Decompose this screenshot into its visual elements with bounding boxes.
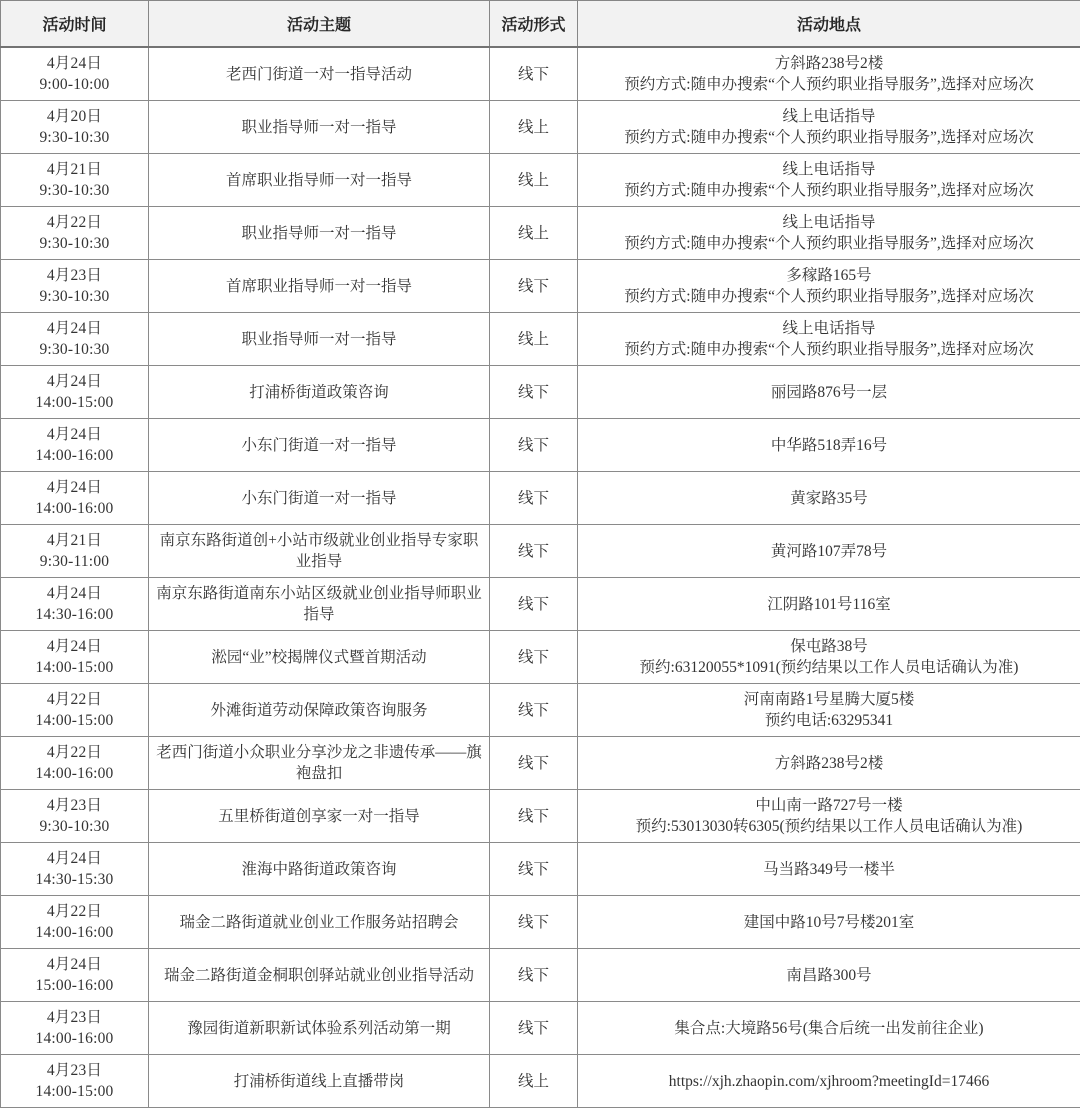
column-header-format: 活动形式 bbox=[490, 1, 578, 48]
table-row: 4月24日 9:30-10:30 职业指导师一对一指导 线上 线上电话指导 预约… bbox=[1, 313, 1080, 366]
cell-location: 中山南一路727号一楼 预约:53013030转6305(预约结果以工作人员电话… bbox=[578, 790, 1080, 843]
cell-theme: 瑞金二路街道金桐职创驿站就业创业指导活动 bbox=[149, 949, 490, 1002]
cell-time: 4月22日 9:30-10:30 bbox=[1, 207, 149, 260]
cell-theme: 瑞金二路街道就业创业工作服务站招聘会 bbox=[149, 896, 490, 949]
cell-theme: 老西门街道小众职业分享沙龙之非遗传承——旗袍盘扣 bbox=[149, 737, 490, 790]
cell-theme: 淮海中路街道政策咨询 bbox=[149, 843, 490, 896]
cell-location: 集合点:大境路56号(集合后统一出发前往企业) bbox=[578, 1002, 1080, 1055]
cell-location: 南昌路300号 bbox=[578, 949, 1080, 1002]
activity-schedule-table: 活动时间 活动主题 活动形式 活动地点 4月24日 9:00-10:00 老西门… bbox=[0, 0, 1080, 1108]
cell-theme: 职业指导师一对一指导 bbox=[149, 207, 490, 260]
cell-theme: 打浦桥街道政策咨询 bbox=[149, 366, 490, 419]
table-row: 4月23日 9:30-10:30 五里桥街道创享家一对一指导 线下 中山南一路7… bbox=[1, 790, 1080, 843]
cell-location: 线上电话指导 预约方式:随申办搜索“个人预约职业指导服务”,选择对应场次 bbox=[578, 313, 1080, 366]
cell-theme: 小东门街道一对一指导 bbox=[149, 419, 490, 472]
cell-time: 4月24日 14:00-16:00 bbox=[1, 419, 149, 472]
cell-time: 4月24日 14:30-15:30 bbox=[1, 843, 149, 896]
cell-time: 4月21日 9:30-10:30 bbox=[1, 154, 149, 207]
cell-format: 线上 bbox=[490, 154, 578, 207]
cell-location: 中华路518弄16号 bbox=[578, 419, 1080, 472]
table-row: 4月22日 14:00-16:00 瑞金二路街道就业创业工作服务站招聘会 线下 … bbox=[1, 896, 1080, 949]
table-row: 4月20日 9:30-10:30 职业指导师一对一指导 线上 线上电话指导 预约… bbox=[1, 101, 1080, 154]
cell-format: 线上 bbox=[490, 207, 578, 260]
cell-theme: 淞园“业”校揭牌仪式暨首期活动 bbox=[149, 631, 490, 684]
cell-format: 线下 bbox=[490, 896, 578, 949]
cell-time: 4月24日 14:00-16:00 bbox=[1, 472, 149, 525]
cell-format: 线下 bbox=[490, 419, 578, 472]
cell-format: 线下 bbox=[490, 47, 578, 101]
cell-time: 4月23日 9:30-10:30 bbox=[1, 790, 149, 843]
table-body: 4月24日 9:00-10:00 老西门街道一对一指导活动 线下 方斜路238号… bbox=[1, 47, 1080, 1108]
cell-time: 4月22日 14:00-16:00 bbox=[1, 896, 149, 949]
cell-format: 线下 bbox=[490, 684, 578, 737]
header-row: 活动时间 活动主题 活动形式 活动地点 bbox=[1, 1, 1080, 48]
cell-time: 4月22日 14:00-15:00 bbox=[1, 684, 149, 737]
cell-theme: 豫园街道新职新试体验系列活动第一期 bbox=[149, 1002, 490, 1055]
cell-location: 建国中路10号7号楼201室 bbox=[578, 896, 1080, 949]
table-row: 4月22日 9:30-10:30 职业指导师一对一指导 线上 线上电话指导 预约… bbox=[1, 207, 1080, 260]
cell-time: 4月22日 14:00-16:00 bbox=[1, 737, 149, 790]
column-header-theme: 活动主题 bbox=[149, 1, 490, 48]
cell-format: 线下 bbox=[490, 578, 578, 631]
cell-location: 线上电话指导 预约方式:随申办搜索“个人预约职业指导服务”,选择对应场次 bbox=[578, 207, 1080, 260]
cell-theme: 职业指导师一对一指导 bbox=[149, 101, 490, 154]
cell-location: 多稼路165号 预约方式:随申办搜索“个人预约职业指导服务”,选择对应场次 bbox=[578, 260, 1080, 313]
table-header: 活动时间 活动主题 活动形式 活动地点 bbox=[1, 1, 1080, 48]
cell-format: 线上 bbox=[490, 1055, 578, 1108]
cell-format: 线下 bbox=[490, 737, 578, 790]
table-row: 4月24日 9:00-10:00 老西门街道一对一指导活动 线下 方斜路238号… bbox=[1, 47, 1080, 101]
cell-theme: 小东门街道一对一指导 bbox=[149, 472, 490, 525]
cell-time: 4月24日 15:00-16:00 bbox=[1, 949, 149, 1002]
table-row: 4月24日 14:30-16:00 南京东路街道南东小站区级就业创业指导师职业指… bbox=[1, 578, 1080, 631]
table-row: 4月22日 14:00-16:00 老西门街道小众职业分享沙龙之非遗传承——旗袍… bbox=[1, 737, 1080, 790]
cell-location: 保屯路38号 预约:63120055*1091(预约结果以工作人员电话确认为准) bbox=[578, 631, 1080, 684]
cell-format: 线下 bbox=[490, 472, 578, 525]
cell-time: 4月24日 9:00-10:00 bbox=[1, 47, 149, 101]
table-row: 4月24日 14:30-15:30 淮海中路街道政策咨询 线下 马当路349号一… bbox=[1, 843, 1080, 896]
cell-theme: 职业指导师一对一指导 bbox=[149, 313, 490, 366]
cell-location: 方斜路238号2楼 预约方式:随申办搜索“个人预约职业指导服务”,选择对应场次 bbox=[578, 47, 1080, 101]
cell-location: 马当路349号一楼半 bbox=[578, 843, 1080, 896]
cell-format: 线下 bbox=[490, 843, 578, 896]
cell-location: 线上电话指导 预约方式:随申办搜索“个人预约职业指导服务”,选择对应场次 bbox=[578, 101, 1080, 154]
table-row: 4月21日 9:30-11:00 南京东路街道创+小站市级就业创业指导专家职业指… bbox=[1, 525, 1080, 578]
cell-format: 线下 bbox=[490, 949, 578, 1002]
cell-location: 线上电话指导 预约方式:随申办搜索“个人预约职业指导服务”,选择对应场次 bbox=[578, 154, 1080, 207]
cell-format: 线下 bbox=[490, 790, 578, 843]
cell-format: 线下 bbox=[490, 631, 578, 684]
table-row: 4月23日 9:30-10:30 首席职业指导师一对一指导 线下 多稼路165号… bbox=[1, 260, 1080, 313]
cell-time: 4月20日 9:30-10:30 bbox=[1, 101, 149, 154]
cell-format: 线下 bbox=[490, 1002, 578, 1055]
cell-time: 4月21日 9:30-11:00 bbox=[1, 525, 149, 578]
cell-format: 线上 bbox=[490, 101, 578, 154]
cell-format: 线下 bbox=[490, 366, 578, 419]
cell-time: 4月24日 14:00-15:00 bbox=[1, 631, 149, 684]
cell-theme: 外滩街道劳动保障政策咨询服务 bbox=[149, 684, 490, 737]
cell-theme: 首席职业指导师一对一指导 bbox=[149, 154, 490, 207]
table-row: 4月21日 9:30-10:30 首席职业指导师一对一指导 线上 线上电话指导 … bbox=[1, 154, 1080, 207]
cell-format: 线下 bbox=[490, 260, 578, 313]
cell-location: https://xjh.zhaopin.com/xjhroom?meetingI… bbox=[578, 1055, 1080, 1108]
cell-time: 4月23日 14:00-15:00 bbox=[1, 1055, 149, 1108]
cell-time: 4月24日 14:30-16:00 bbox=[1, 578, 149, 631]
cell-theme: 南京东路街道南东小站区级就业创业指导师职业指导 bbox=[149, 578, 490, 631]
table-row: 4月23日 14:00-15:00 打浦桥街道线上直播带岗 线上 https:/… bbox=[1, 1055, 1080, 1108]
column-header-location: 活动地点 bbox=[578, 1, 1080, 48]
cell-location: 黄家路35号 bbox=[578, 472, 1080, 525]
cell-location: 江阴路101号116室 bbox=[578, 578, 1080, 631]
cell-format: 线上 bbox=[490, 313, 578, 366]
table-row: 4月24日 14:00-15:00 打浦桥街道政策咨询 线下 丽园路876号一层 bbox=[1, 366, 1080, 419]
table-row: 4月24日 15:00-16:00 瑞金二路街道金桐职创驿站就业创业指导活动 线… bbox=[1, 949, 1080, 1002]
cell-time: 4月24日 14:00-15:00 bbox=[1, 366, 149, 419]
table-row: 4月24日 14:00-15:00 淞园“业”校揭牌仪式暨首期活动 线下 保屯路… bbox=[1, 631, 1080, 684]
table-row: 4月24日 14:00-16:00 小东门街道一对一指导 线下 中华路518弄1… bbox=[1, 419, 1080, 472]
cell-location: 河南南路1号星腾大厦5楼 预约电话:63295341 bbox=[578, 684, 1080, 737]
column-header-time: 活动时间 bbox=[1, 1, 149, 48]
cell-theme: 老西门街道一对一指导活动 bbox=[149, 47, 490, 101]
cell-location: 方斜路238号2楼 bbox=[578, 737, 1080, 790]
cell-theme: 首席职业指导师一对一指导 bbox=[149, 260, 490, 313]
cell-theme: 南京东路街道创+小站市级就业创业指导专家职业指导 bbox=[149, 525, 490, 578]
cell-format: 线下 bbox=[490, 525, 578, 578]
cell-time: 4月24日 9:30-10:30 bbox=[1, 313, 149, 366]
table-row: 4月24日 14:00-16:00 小东门街道一对一指导 线下 黄家路35号 bbox=[1, 472, 1080, 525]
table-row: 4月23日 14:00-16:00 豫园街道新职新试体验系列活动第一期 线下 集… bbox=[1, 1002, 1080, 1055]
cell-time: 4月23日 9:30-10:30 bbox=[1, 260, 149, 313]
cell-theme: 打浦桥街道线上直播带岗 bbox=[149, 1055, 490, 1108]
cell-time: 4月23日 14:00-16:00 bbox=[1, 1002, 149, 1055]
cell-location: 黄河路107弄78号 bbox=[578, 525, 1080, 578]
table-row: 4月22日 14:00-15:00 外滩街道劳动保障政策咨询服务 线下 河南南路… bbox=[1, 684, 1080, 737]
activity-schedule-page: 活动时间 活动主题 活动形式 活动地点 4月24日 9:00-10:00 老西门… bbox=[0, 0, 1080, 1108]
cell-location: 丽园路876号一层 bbox=[578, 366, 1080, 419]
cell-theme: 五里桥街道创享家一对一指导 bbox=[149, 790, 490, 843]
